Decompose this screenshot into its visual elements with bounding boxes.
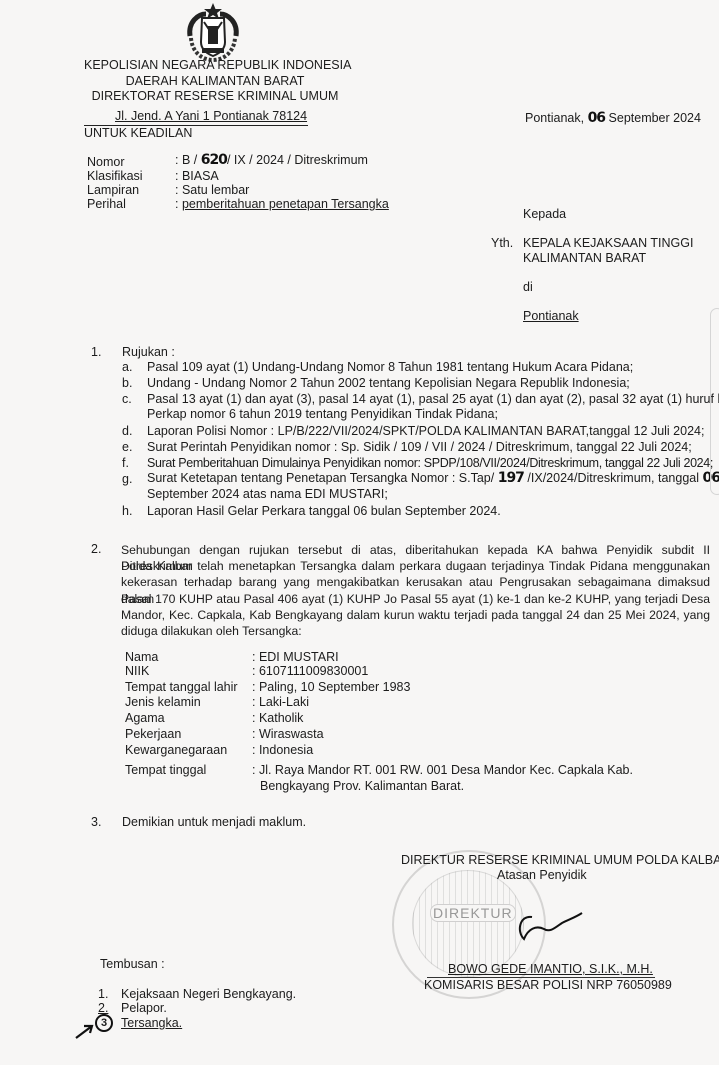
ref-letter: g.: [122, 472, 132, 486]
identity-label: Pekerjaan: [125, 727, 181, 741]
ref-item-g: Surat Ketetapan tentang Penetapan Tersan…: [147, 470, 719, 486]
paragraph-line: Sehubungan dengan rujukan tersebut di at…: [121, 542, 710, 558]
recipient-yth: Yth.: [491, 236, 513, 250]
ref-letter: h.: [122, 504, 132, 518]
recipient-city: Pontianak: [523, 309, 579, 323]
date-place: Pontianak,: [525, 111, 584, 125]
identity-value-niik: : 6107111009830001: [252, 664, 368, 678]
tembusan-item: Pelapor.: [121, 1001, 167, 1015]
ref-letter: b.: [122, 376, 132, 390]
tembusan-item: Kejaksaan Negeri Bengkayang.: [121, 987, 296, 1001]
meta-label-klasifikasi: Klasifikasi: [87, 169, 172, 183]
identity-label: Kewarganegaraan: [125, 743, 227, 757]
date-month-year: September 2024: [609, 111, 701, 125]
paragraph-line: diduga dilakukan oleh Tersangka:: [121, 623, 710, 639]
identity-value-address: : Jl. Raya Mandor RT. 001 RW. 001 Desa M…: [252, 763, 633, 777]
ref-item-f: Surat Pemberitahuan Dimulainya Penyidika…: [147, 456, 713, 470]
recipient-line1: KEPALA KEJAKSAAN TINGGI: [523, 236, 693, 250]
section2-number: 2.: [91, 542, 101, 556]
ref-item-b: Undang - Undang Nomor 2 Tahun 2002 tenta…: [147, 376, 630, 390]
identity-value-citizenship: : Indonesia: [252, 743, 313, 757]
signature-subtitle: Atasan Penyidik: [497, 868, 587, 882]
recipient-di: di: [523, 280, 533, 294]
identity-label: Nama: [125, 650, 158, 664]
meta-label-nomor: Nomor: [87, 155, 172, 169]
meta-value-lampiran: : Satu lembar: [175, 183, 249, 197]
meta-value-perihal: : pemberitahuan penetapan Tersangka: [175, 197, 389, 211]
identity-label: NIIK: [125, 664, 149, 678]
letter-date: Pontianak, 06 September 2024: [525, 110, 701, 126]
section3-text: Demikian untuk menjadi maklum.: [122, 815, 306, 829]
tembusan-item: Tersangka.: [121, 1016, 182, 1030]
tembusan-num: 2.: [98, 1001, 108, 1015]
ref-letter: f.: [122, 456, 129, 470]
letterhead-line1: KEPOLISIAN NEGARA REPUBLIK INDONESIA: [84, 58, 346, 74]
date-day-handwritten: 06: [588, 110, 605, 126]
signature-title: DIREKTUR RESERSE KRIMINAL UMUM POLDA KAL…: [401, 853, 719, 867]
tembusan-num-circled: 3: [95, 1014, 113, 1032]
police-emblem-icon: [178, 2, 248, 64]
identity-value-address-line2: Bengkayang Prov. Kalimantan Barat.: [260, 779, 464, 793]
recipient-kepada: Kepada: [523, 207, 566, 221]
arrow-annotation-icon: [74, 1022, 96, 1040]
ref-item-c-line2: Perkap nomor 6 tahun 2019 tentang Penyid…: [147, 407, 498, 421]
scrollbar[interactable]: [710, 308, 719, 495]
paragraph-line: Pasal 170 KUHP atau Pasal 406 ayat (1) K…: [121, 591, 710, 607]
identity-value-ttl: : Paling, 10 September 1983: [252, 680, 410, 694]
meta-value-klasifikasi: : BIASA: [175, 169, 219, 183]
ref-item-h: Laporan Hasil Gelar Perkara tanggal 06 b…: [147, 504, 501, 518]
tembusan-num: 1.: [98, 987, 108, 1001]
identity-value-occupation: : Wiraswasta: [252, 727, 324, 741]
meta-label-lampiran: Lampiran: [87, 183, 172, 197]
letterhead-motto: UNTUK KEADILAN: [84, 126, 192, 140]
identity-value-religion: : Katholik: [252, 711, 303, 725]
tembusan-title: Tembusan :: [100, 957, 165, 971]
signatory-rank: KOMISARIS BESAR POLISI NRP 76050989: [424, 978, 672, 992]
ref-letter: e.: [122, 440, 132, 454]
handwritten-signature-icon: [510, 905, 590, 945]
ref-item-e: Surat Perintah Penyidikan nomor : Sp. Si…: [147, 440, 692, 454]
identity-value-gender: : Laki-Laki: [252, 695, 309, 709]
tap-number-handwritten: 197: [498, 470, 524, 486]
section3-number: 3.: [91, 815, 101, 829]
letterhead: KEPOLISIAN NEGARA REPUBLIK INDONESIA DAE…: [84, 58, 346, 105]
paragraph-line: Mandor, Kec. Capkala, Kab Bengkayang dal…: [121, 607, 710, 623]
ref-item-c: Pasal 13 ayat (1) dan ayat (3), pasal 14…: [147, 392, 719, 406]
recipient-line2: KALIMANTAN BARAT: [523, 251, 646, 265]
nomor-handwritten: 620: [201, 152, 227, 168]
ref-item-a: Pasal 109 ayat (1) Undang-Undang Nomor 8…: [147, 360, 633, 374]
stamp-label: DIREKTUR: [430, 904, 516, 922]
identity-value-nama: : EDI MUSTARI: [252, 650, 339, 664]
section2-paragraph: Sehubungan dengan rujukan tersebut di at…: [121, 542, 710, 639]
ref-item-g-line2: September 2024 atas nama EDI MUSTARI;: [147, 487, 388, 501]
paragraph-line: kekerasan terhadap barang yang mengakiba…: [121, 574, 710, 590]
identity-label: Jenis kelamin: [125, 695, 201, 709]
meta-label-perihal: Perihal: [87, 197, 172, 211]
ref-letter: a.: [122, 360, 132, 374]
section1-number: 1.: [91, 345, 101, 359]
letterhead-address: Jl. Jend. A Yani 1 Pontianak 78124: [115, 109, 307, 123]
meta-value-nomor: : B / 620/ IX / 2024 / Ditreskrimum: [175, 152, 368, 168]
letterhead-line3: DIREKTORAT RESERSE KRIMINAL UMUM: [84, 89, 346, 105]
identity-label: Tempat tanggal lahir: [125, 680, 238, 694]
identity-label: Agama: [125, 711, 165, 725]
ref-letter: d.: [122, 424, 132, 438]
ref-letter: c.: [122, 392, 132, 406]
letterhead-line2: DAERAH KALIMANTAN BARAT: [84, 74, 346, 90]
identity-label: Tempat tinggal: [125, 763, 206, 777]
section1-title: Rujukan :: [122, 345, 175, 359]
paragraph-line: Polda Kalbar telah menetapkan Tersangka …: [121, 558, 710, 574]
ref-item-d: Laporan Polisi Nomor : LP/B/222/VII/2024…: [147, 424, 704, 438]
signatory-name: BOWO GEDE IMANTIO, S.I.K., M.H.: [448, 962, 653, 976]
